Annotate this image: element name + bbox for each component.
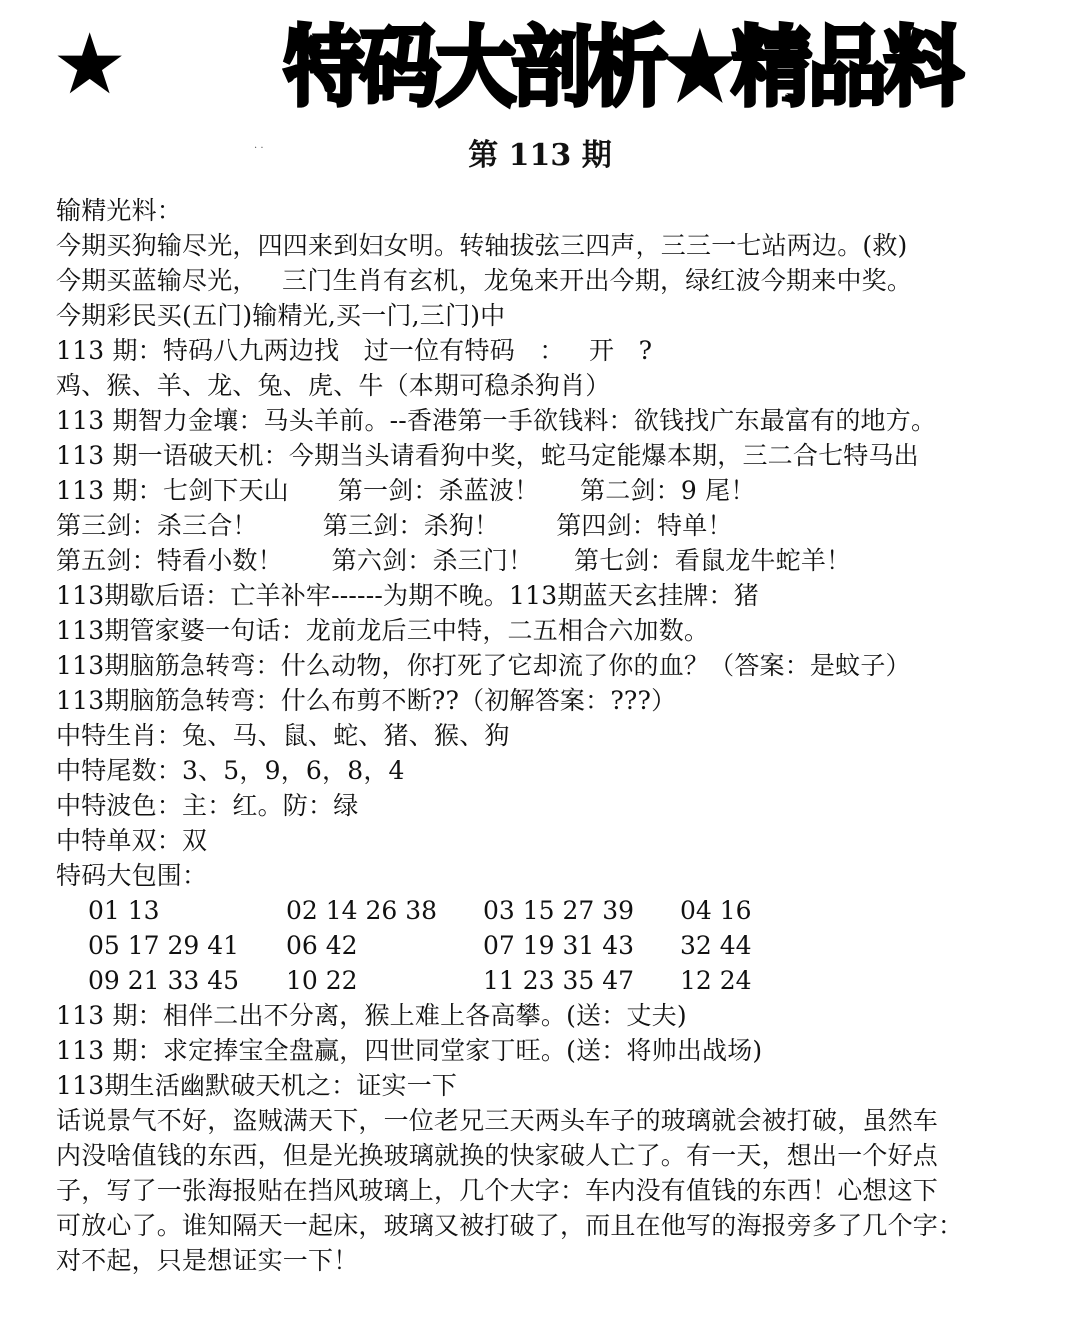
text-line: 113 期：七剑下天山 第一剑：杀蓝波！ 第二剑：9 尾！ [56,473,1056,508]
story-paragraph: 话说景气不好，盗贼满天下，一位老兄三天两头车子的玻璃就会被打破，虽然车 内没啥值… [56,1103,1056,1278]
number-group: 32 44 [680,928,752,963]
story-line: 内没啥值钱的东西，但是光换玻璃就换的快家破人亡了。有一天，想出一个好点 [56,1138,1056,1173]
section-heading: 输精光料： [56,193,1056,228]
text-line: 113期脑筋急转弯：什么动物，你打死了它却流了你的血？（答案：是蚊子） [56,648,1056,683]
section-heading: 113期生活幽默破天机之：证实一下 [56,1068,1056,1103]
number-group: 03 15 27 39 [483,893,634,928]
text-line: 113 期：特码八九两边找 过一位有特码 ： 开 ? [56,333,1056,368]
text-line: 113期管家婆一句话：龙前龙后三中特，二五相合六加数。 [56,613,1056,648]
number-group: 02 14 26 38 [286,893,437,928]
text-line: 中特生肖：兔、马、鼠、蛇、猪、猴、狗 [56,718,1056,753]
number-group: 12 24 [680,963,752,998]
number-group: 10 22 [286,963,358,998]
text-line: 中特波色：主：红。防：绿 [56,788,1056,823]
text-line: 113 期：相伴二出不分离，猴上难上各高攀。(送：丈夫) [56,998,1056,1033]
document-body: 输精光料： 今期买狗输尽光，四四来到妇女明。转轴拔弦三四声，三三一七站两边。(救… [56,193,1056,1278]
story-line: 子，写了一张海报贴在挡风玻璃上，几个大字：车内没有值钱的东西！心想这下 [56,1173,1056,1208]
text-line: 今期买蓝输尽光， 三门生肖有玄机，龙兔来开出今期，绿红波今期来中奖。 [56,263,1056,298]
number-group: 05 17 29 41 [88,928,239,963]
text-line: 今期彩民买(五门)输精光,买一门,三门)中 [56,298,1056,333]
story-line: 话说景气不好，盗贼满天下，一位老兄三天两头车子的玻璃就会被打破，虽然车 [56,1103,1056,1138]
number-group: 06 42 [286,928,358,963]
star-icon: ★ [52,14,127,114]
text-line: 113 期：求定捧宝全盘赢，四世同堂家丁旺。(送：将帅出战场) [56,1033,1056,1068]
story-line: 对不起，只是想证实一下！ [56,1243,1056,1278]
number-group: 04 16 [680,893,752,928]
section-heading: 特码大包围： [56,858,1056,893]
text-line: 113期歇后语：亡羊补牢------为期不晚。113期蓝天玄挂牌：猪 [56,578,1056,613]
number-group: 09 21 33 45 [88,963,239,998]
text-line: 第三剑：杀三合！ 第三剑：杀狗！ 第四剑：特单！ [56,508,1056,543]
number-group: 11 23 35 47 [483,963,634,998]
story-line: 可放心了。谁知隔天一起床，玻璃又被打破了，而且在他写的海报旁多了几个字： [56,1208,1056,1243]
text-line: 鸡、猴、羊、龙、兔、虎、牛（本期可稳杀狗肖） [56,368,1056,403]
number-group: 07 19 31 43 [483,928,634,963]
number-grid: 01 13 02 14 26 38 03 15 27 39 04 16 05 1… [56,893,1056,998]
number-row: 05 17 29 41 06 42 07 19 31 43 32 44 [56,928,1056,963]
text-line: 113期脑筋急转弯：什么布剪不断??（初解答案：???） [56,683,1056,718]
text-line: 113 期一语破天机：今期当头请看狗中奖，蛇马定能爆本期，三二合七特马出 [56,438,1056,473]
text-line: 中特尾数：3、5，9，6，8，4 [56,753,1056,788]
number-row: 09 21 33 45 10 22 11 23 35 47 12 24 [56,963,1056,998]
issue-number: 第 113 期 [0,134,1080,178]
page-title: 特码大剖析★精品料 [284,14,960,122]
text-line: 113 期智力金壤：马头羊前。--香港第一手欲钱料：欲钱找广东最富有的地方。 [56,403,1056,438]
text-line: 今期买狗输尽光，四四来到妇女明。转轴拔弦三四声，三三一七站两边。(救) [56,228,1056,263]
text-line: 中特单双：双 [56,823,1056,858]
header-banner: ★ 特码大剖析★精品料 [0,14,1080,114]
number-group: 01 13 [88,893,160,928]
text-line: 第五剑：特看小数！ 第六剑：杀三门！ 第七剑：看鼠龙牛蛇羊！ [56,543,1056,578]
number-row: 01 13 02 14 26 38 03 15 27 39 04 16 [56,893,1056,928]
